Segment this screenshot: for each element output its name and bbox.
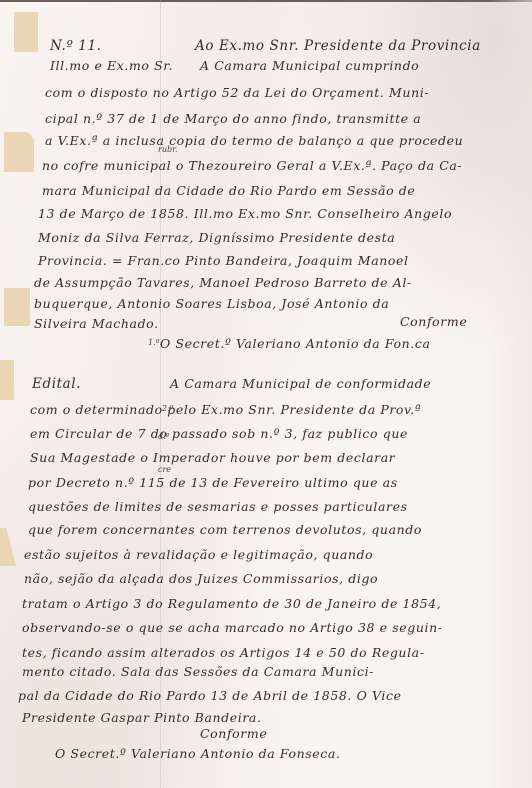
edital-line: Sua Magestade o Imperador houve por bem … xyxy=(30,452,395,465)
edital-line: não, sejão da alçada dos Juizes Commissa… xyxy=(24,573,378,586)
edital-line: Presidente Gaspar Pinto Bandeira. xyxy=(22,712,262,725)
margin-note: 1.º xyxy=(148,338,159,347)
letter-line: Moniz da Silva Ferraz, Digníssimo Presid… xyxy=(38,232,395,245)
edital-conforme: Conforme xyxy=(200,728,267,741)
edital-line: com o determinado pelo Ex.mo Snr. Presid… xyxy=(30,404,421,417)
letter-line: com o disposto no Artigo 52 da Lei do Or… xyxy=(45,87,429,100)
letter-line: mara Municipal da Cidade do Rio Pardo em… xyxy=(42,185,415,198)
manuscript-page: N.º 11. Ao Ex.mo Snr. Presidente da Prov… xyxy=(0,0,532,788)
margin-note: 2.º xyxy=(162,404,173,413)
edital-line: tes, ficando assim alterados os Artigos … xyxy=(22,647,425,660)
letter-line: 13 de Março de 1858. Ill.mo Ex.mo Snr. C… xyxy=(38,208,452,221)
tape-patch-4 xyxy=(0,360,14,400)
edital-line: observando-se o que se acha marcado no A… xyxy=(22,622,443,635)
edital-line: tratam o Artigo 3 do Regulamento de 30 d… xyxy=(22,598,441,611)
letter-line: buquerque, Antonio Soares Lisboa, José A… xyxy=(34,298,389,311)
edital-line: mento citado. Sala das Sessões da Camara… xyxy=(22,666,374,679)
margin-note: d.º xyxy=(158,432,169,441)
edital-line: por Decreto n.º 115 de 13 de Fevereiro u… xyxy=(28,477,398,490)
letter-line: A Camara Municipal cumprindo xyxy=(200,60,419,73)
tape-patch-2 xyxy=(4,132,34,172)
letter-addressee: Ao Ex.mo Snr. Presidente da Provincia xyxy=(195,40,481,54)
tape-patch-5 xyxy=(0,528,16,566)
edital-line: A Camara Municipal de conformidade xyxy=(170,378,431,391)
letter-line: cipal n.º 37 de 1 de Março do anno findo… xyxy=(45,113,421,126)
edital-line: estão sujeitos à revalidação e legitimaç… xyxy=(24,549,373,562)
paper-edge-shade xyxy=(487,0,532,788)
edital-signature: O Secret.º Valeriano Antonio da Fonseca. xyxy=(55,748,341,761)
letter-line: no cofre municipal o Thezoureiro Geral a… xyxy=(42,160,462,173)
margin-note: rubr. xyxy=(158,145,178,154)
margin-note: cre xyxy=(158,465,171,474)
edital-line: em Circular de 7 do passado sob n.º 3, f… xyxy=(30,428,408,441)
edital-line: que forem concernantes com terrenos devo… xyxy=(28,524,422,537)
edital-line: pal da Cidade do Rio Pardo 13 de Abril d… xyxy=(18,690,402,703)
letter-line: a V.Ex.ª a inclusa copia do termo de bal… xyxy=(45,135,463,148)
letter-line: de Assumpção Tavares, Manoel Pedroso Bar… xyxy=(34,277,412,290)
tape-patch-1 xyxy=(14,12,38,52)
letter-line: Provincia. = Fran.co Pinto Bandeira, Joa… xyxy=(38,255,409,268)
letter-number: N.º 11. xyxy=(50,40,102,54)
letter-signature: O Secret.º Valeriano Antonio da Fon.ca xyxy=(160,338,431,351)
tape-patch-3 xyxy=(4,288,30,326)
edital-line: questões de limites de sesmarias e posse… xyxy=(28,501,408,514)
edital-title: Edital. xyxy=(32,378,81,392)
letter-conforme: Conforme xyxy=(400,316,467,329)
letter-salutation: Ill.mo e Ex.mo Sr. xyxy=(50,60,173,73)
scan-top-edge xyxy=(0,0,532,2)
letter-line: Silveira Machado. xyxy=(34,318,159,331)
